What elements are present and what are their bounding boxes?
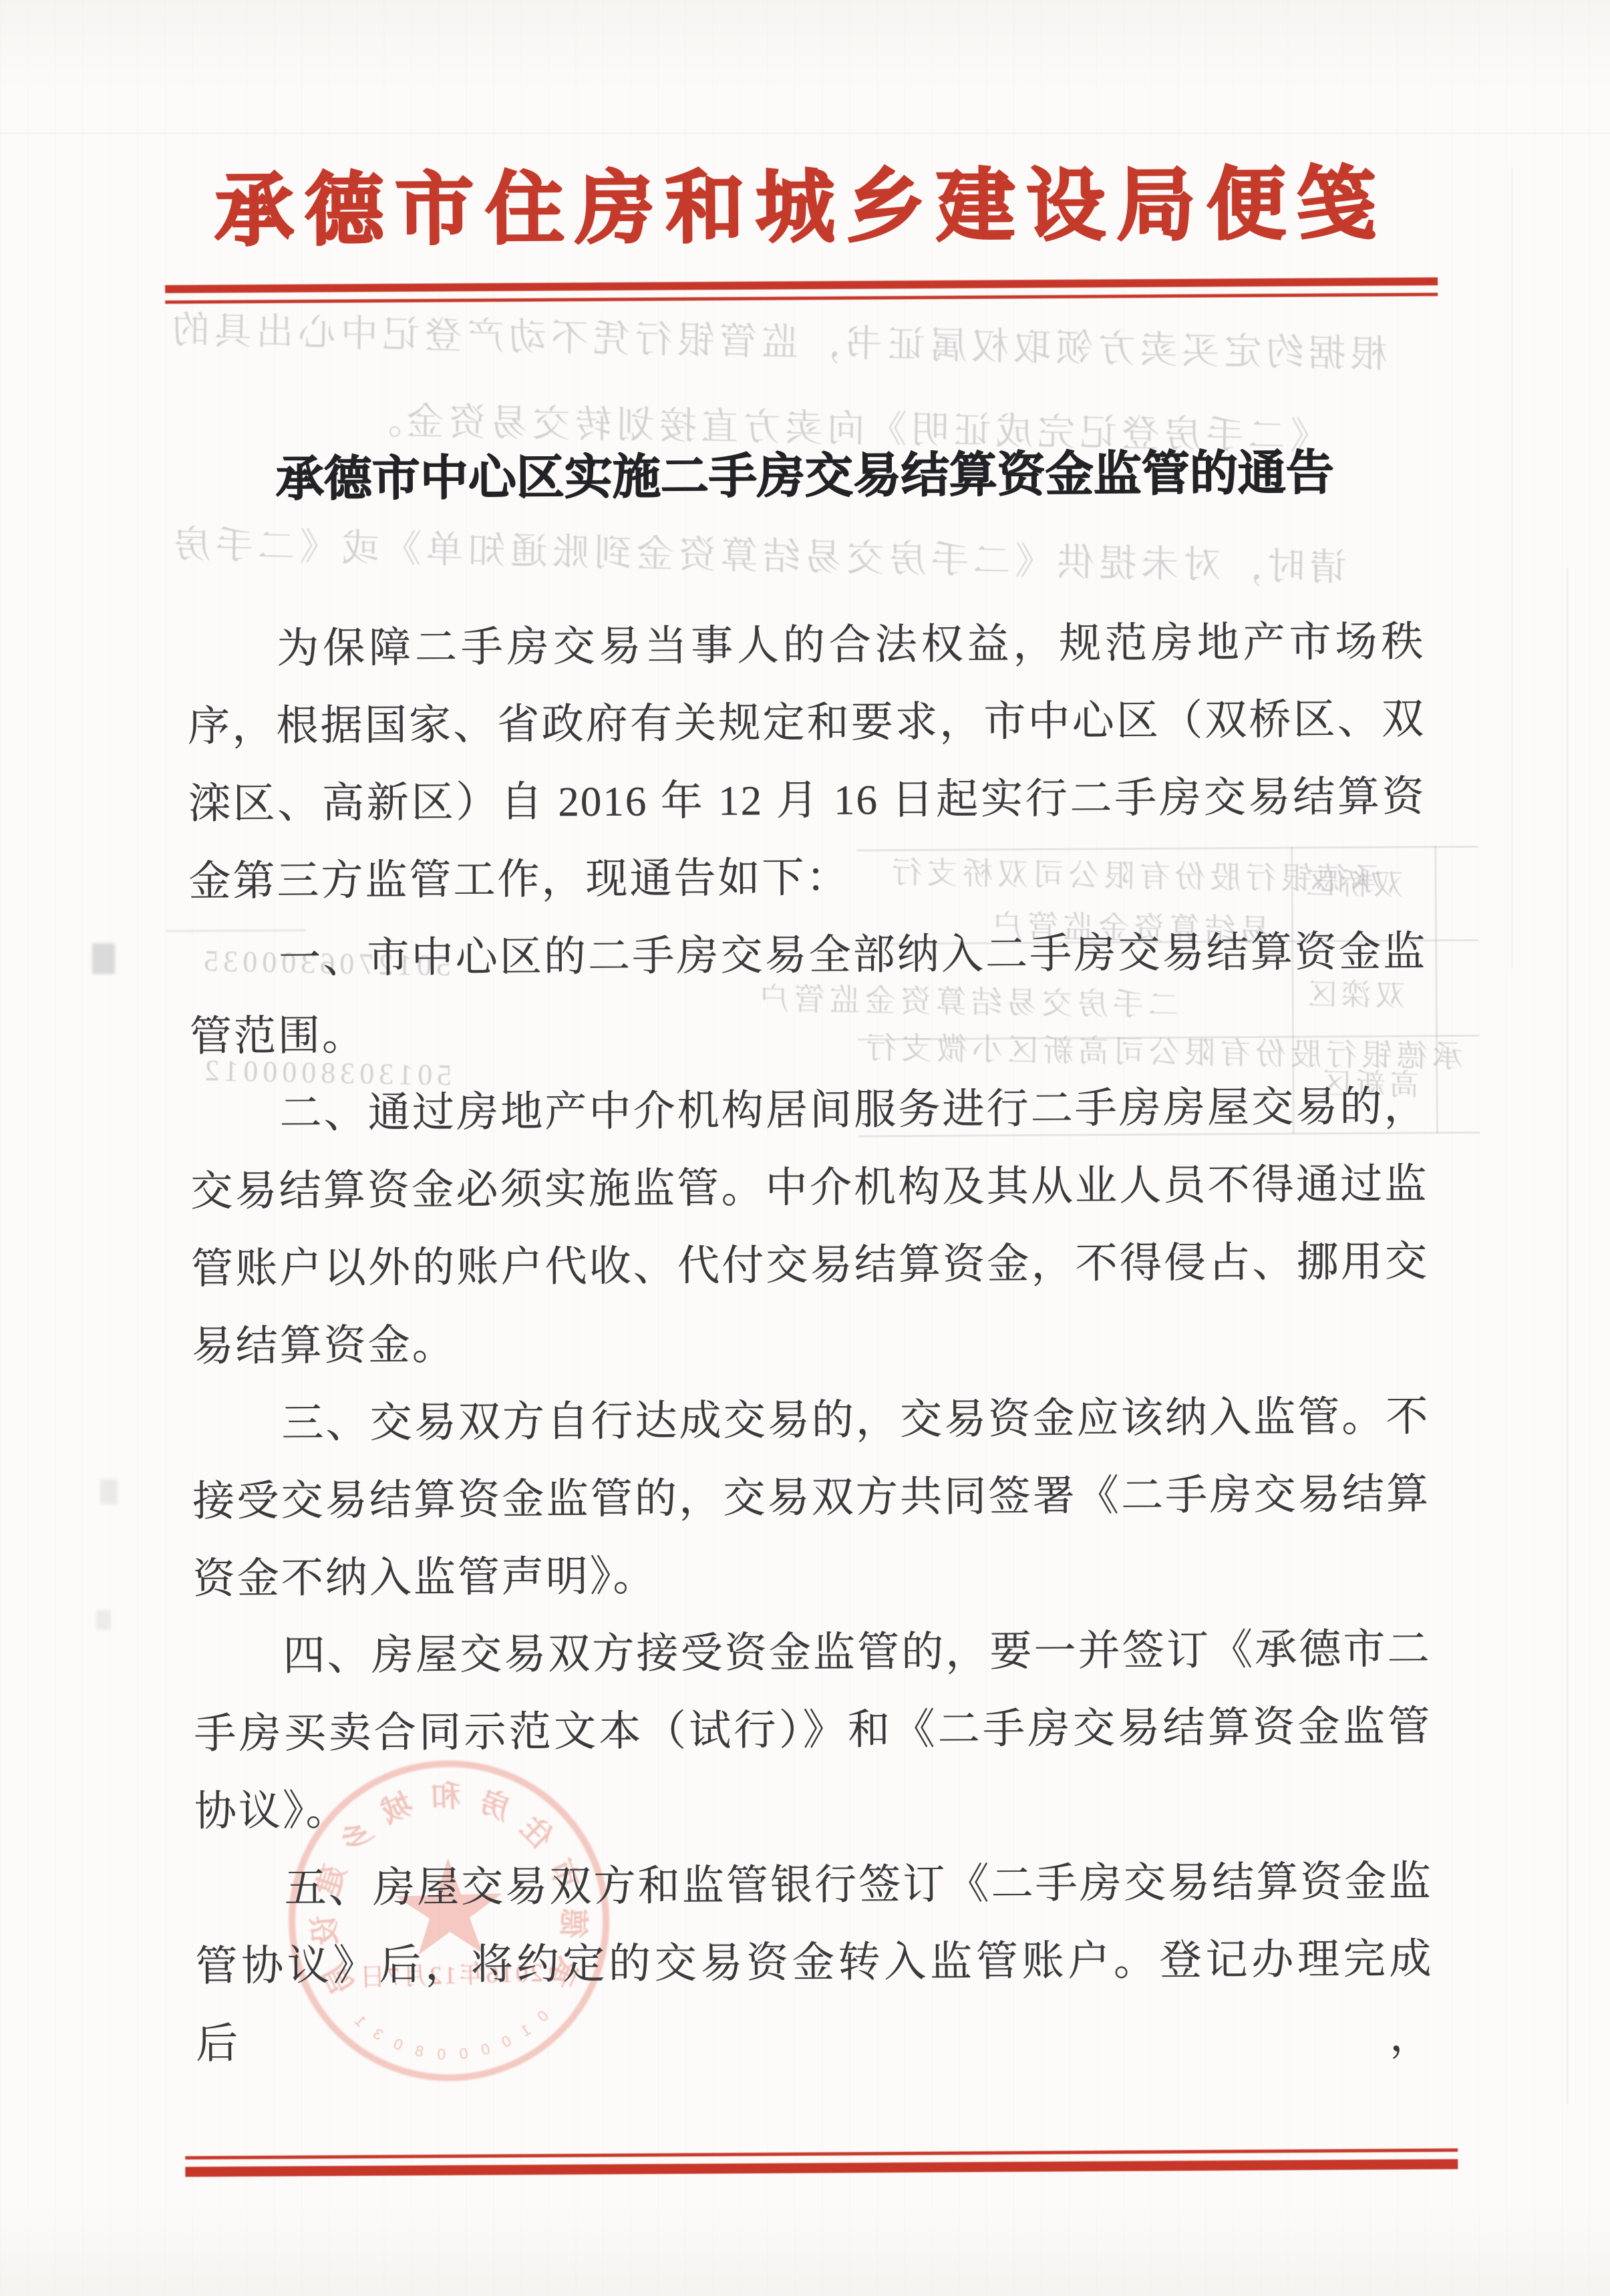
page-title: 承德市中心区实施二手房交易结算资金监管的通告	[186, 442, 1424, 510]
body-line: 三、交易双方自行达成交易的，交易资金应该纳入监管。不	[192, 1377, 1430, 1462]
body-line: 资金不纳入监管声明》。	[193, 1532, 1431, 1617]
header-rule-thin	[165, 293, 1438, 304]
body-line: 接受交易结算资金监管的，交易双方共同签署《二手房交易结算	[192, 1455, 1430, 1540]
header-rule-thick	[165, 277, 1438, 293]
document-sheet: 根据约定买卖方领取权属证书，监管银行凭不动产登记中心出具的《二手房登记完成证明》…	[0, 0, 1610, 2296]
body-text: 为保障二手房交易当事人的合法权益，规范房地产市场秩序，根据国家、省政府有关规定和…	[187, 603, 1433, 2005]
body-line: 金第三方监管工作，现通告如下：	[188, 835, 1426, 920]
body-line: 协议》。	[194, 1765, 1432, 1850]
bleedthrough-text: 请时，对未提供《二手房交易结算资金到账通知单》或《二手房	[168, 515, 1347, 592]
scan-streak	[1567, 568, 1569, 2104]
footer-rule-thick	[185, 2159, 1458, 2177]
body-line: 易结算资金。	[191, 1300, 1429, 1385]
body-line: 管协议》后，将约定的交易资金转入监管账户。登记办理完成后，	[195, 1920, 1433, 2005]
body-line: 一、市中心区的二手房交易全部纳入二手房交易结算资金监	[189, 913, 1427, 997]
scan-smudge	[100, 1479, 118, 1504]
body-line: 管范围。	[190, 990, 1428, 1075]
bleedthrough-text: 根据约定买卖方领取权属证书，监管银行凭不动产登记中心出具的	[167, 301, 1388, 379]
scan-streak	[1511, 167, 1513, 969]
body-line: 手房买卖合同示范文本（试行）》和《二手房交易结算资金监管	[194, 1687, 1432, 1772]
scanned-document-page: 根据约定买卖方领取权属证书，监管银行凭不动产登记中心出具的《二手房登记完成证明》…	[0, 0, 1610, 2296]
letterhead-title: 承德市住房和城乡建设局便笺	[164, 160, 1438, 257]
body-line: 为保障二手房交易当事人的合法权益，规范房地产市场秩	[187, 603, 1425, 687]
body-line: 交易结算资金必须实施监管。中介机构及其从业人员不得通过监	[190, 1145, 1428, 1230]
scan-smudge	[96, 1610, 111, 1630]
body-line: 二、通过房地产中介机构居间服务进行二手房房屋交易的，	[190, 1068, 1428, 1152]
body-line: 管账户以外的账户代收、代付交易结算资金，不得侵占、挪用交	[191, 1222, 1429, 1307]
body-line: 滦区、高新区）自 2016 年 12 月 16 日起实行二手房交易结算资	[188, 758, 1426, 842]
body-line: 序，根据国家、省政府有关规定和要求，市中心区（双桥区、双	[188, 680, 1426, 765]
body-line: 五、房屋交易双方和监管银行签订《二手房交易结算资金监	[194, 1842, 1432, 1927]
bleed-grid-vline	[1434, 846, 1438, 1133]
footer-rule-thin	[185, 2148, 1458, 2160]
scan-smudge	[92, 943, 115, 974]
scan-fold-line	[0, 132, 1610, 134]
body-line: 四、房屋交易双方接受资金监管的，要一并签订《承德市二	[193, 1610, 1431, 1695]
